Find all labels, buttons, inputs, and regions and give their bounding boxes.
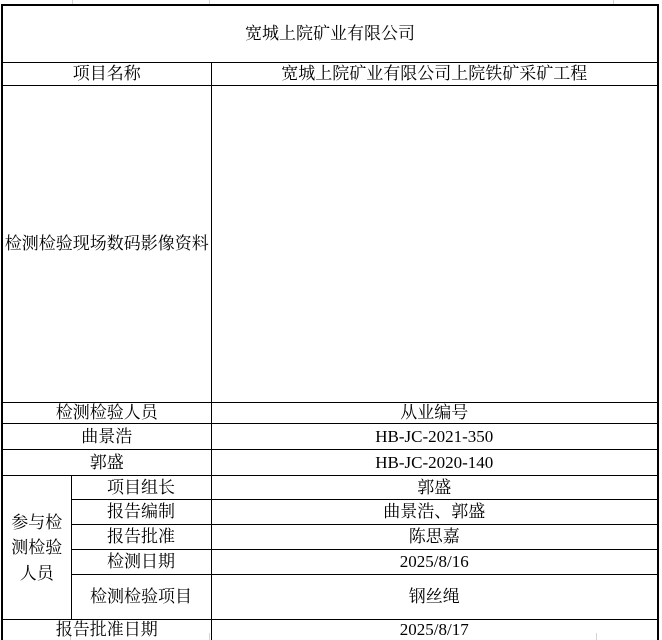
personnel-row: 曲景浩 HB-JC-2021-350 (2, 424, 658, 450)
personnel-license-cell[interactable]: HB-JC-2021-350 (211, 424, 658, 450)
personnel-license-cell[interactable]: HB-JC-2020-140 (211, 450, 658, 476)
participant-role-label-cell[interactable]: 报告批准 (71, 525, 211, 550)
personnel-name-cell[interactable]: 郭盛 (2, 450, 211, 476)
participant-role-value-cell[interactable]: 钢丝绳 (211, 575, 658, 620)
participant-row: 检测日期 2025/8/16 (2, 550, 658, 575)
participant-row: 参与检测检验人员 项目组长 郭盛 (2, 476, 658, 500)
personnel-name-cell[interactable]: 曲景浩 (2, 424, 211, 450)
inspection-report-table: 宽城上院矿业有限公司 项目名称 宽城上院矿业有限公司上院铁矿采矿工程 检测检验现… (1, 4, 659, 640)
participant-role-value-cell[interactable]: 2025/8/16 (211, 550, 658, 575)
participant-role-label-cell[interactable]: 报告编制 (71, 500, 211, 525)
participant-row: 检测检验项目 钢丝绳 (2, 575, 658, 620)
participant-role-label-cell[interactable]: 项目组长 (71, 476, 211, 500)
license-number-header-cell[interactable]: 从业编号 (211, 403, 658, 424)
participant-role-value-cell[interactable]: 陈思嘉 (211, 525, 658, 550)
project-name-label-cell[interactable]: 项目名称 (2, 63, 211, 86)
media-section-label-cell[interactable]: 检测检验现场数码影像资料 (2, 86, 211, 403)
participant-role-value-cell[interactable]: 郭盛 (211, 476, 658, 500)
participant-role-value-cell[interactable]: 曲景浩、郭盛 (211, 500, 658, 525)
personnel-header-label-cell[interactable]: 检测检验人员 (2, 403, 211, 424)
participant-row: 报告批准 陈思嘉 (2, 525, 658, 550)
approval-date-label-cell[interactable]: 报告批准日期 (2, 620, 211, 640)
project-name-value-cell[interactable]: 宽城上院矿业有限公司上院铁矿采矿工程 (211, 63, 658, 86)
participants-label: 参与检测检验人员 (11, 510, 62, 587)
media-section-blank-cell[interactable] (211, 86, 658, 403)
participants-label-cell[interactable]: 参与检测检验人员 (2, 476, 71, 620)
personnel-row: 郭盛 HB-JC-2020-140 (2, 450, 658, 476)
company-title-cell[interactable]: 宽城上院矿业有限公司 (2, 5, 658, 63)
approval-date-value-cell[interactable]: 2025/8/17 (211, 620, 658, 640)
participant-row: 报告编制 曲景浩、郭盛 (2, 500, 658, 525)
participant-role-label-cell[interactable]: 检测日期 (71, 550, 211, 575)
participant-role-label-cell[interactable]: 检测检验项目 (71, 575, 211, 620)
